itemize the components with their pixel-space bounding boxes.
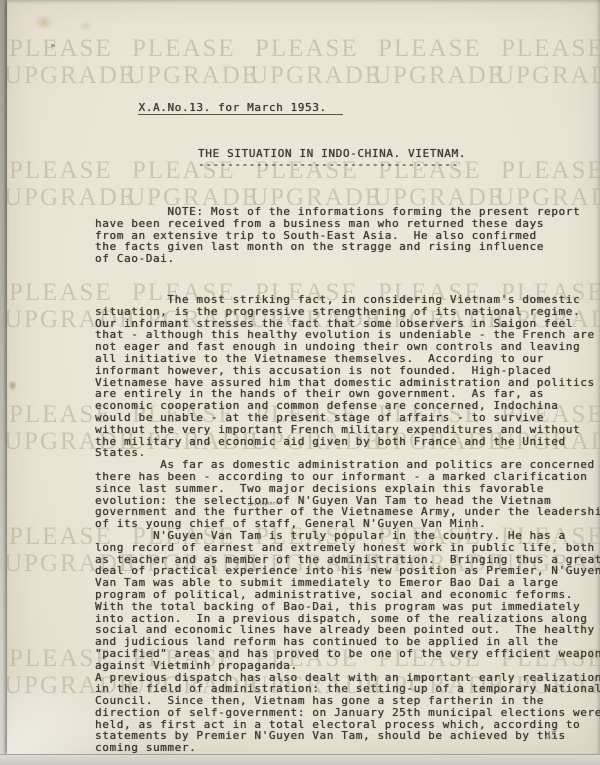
text-line: against Vietminh propaganda. [95, 660, 600, 672]
scan-bottom-edge [0, 754, 600, 765]
please-watermark: PLEASE [132, 36, 236, 61]
text-line: have been received from a business man w… [95, 218, 598, 230]
please-watermark: PLEASE [9, 36, 113, 61]
upgrade-watermark: UPGRADE [250, 63, 382, 88]
please-watermark: PLEASE [501, 158, 600, 183]
text-line: "pacified" areas and has proved to be on… [95, 648, 600, 660]
text-line: program of political, administrative, so… [95, 589, 600, 601]
upgrade-watermark: UPGRADE [7, 63, 136, 88]
document-title-block: THE SITUATION IN INDO-CHINA. VIETNAM. --… [198, 148, 466, 171]
please-watermark: PLEASE [378, 36, 482, 61]
text-line: coming summer. [95, 742, 600, 754]
text-line: direction of self-government: on January… [95, 707, 600, 719]
document-reference: X.A.No.13. for March 1953. [95, 90, 343, 126]
text-line: there has been - according to our inform… [95, 471, 600, 483]
body-text: The most striking fact, in considering V… [95, 294, 600, 754]
text-line: without the very important French milita… [95, 424, 600, 436]
text-line: since last summer. Two major decisions e… [95, 483, 600, 495]
document-page: PLEASEUPGRADEPLEASEUPGRADEPLEASEUPGRADEP… [7, 0, 600, 754]
text-line: of Cao-Dai. [95, 253, 598, 265]
text-line: long record of earnest and extremely hon… [95, 542, 600, 554]
please-watermark: PLEASE [501, 36, 600, 61]
text-line: N'Guyen Van Tam is truly popular in the … [95, 530, 600, 542]
text-line: all initiative to the Vietnamese themsel… [95, 353, 600, 365]
handwritten-page-number: 45 [544, 727, 558, 743]
text-line: With the total backing of Bao-Dai, this … [95, 601, 600, 613]
scan-left-edge [0, 0, 7, 765]
text-line: would be unable - at the present stage o… [95, 412, 600, 424]
reference-text: X.A.No.13. for March 1953. [138, 102, 342, 115]
scanned-document: PLEASEUPGRADEPLEASEUPGRADEPLEASEUPGRADEP… [0, 0, 600, 765]
text-line: informant however, this accusation is no… [95, 365, 600, 377]
text-line: situation, is the progressive strengthen… [95, 306, 600, 318]
upgrade-watermark: UPGRADE [496, 63, 600, 88]
note-paragraph: NOTE: Most of the informations forming t… [95, 206, 598, 265]
text-line: the military and economic aid given by b… [95, 436, 600, 448]
please-watermark: PLEASE [255, 36, 359, 61]
upgrade-watermark: UPGRADE [127, 63, 259, 88]
please-watermark: PLEASE [9, 158, 113, 183]
title-underline: ------------------------------------ [198, 159, 466, 171]
upgrade-watermark: UPGRADE [373, 63, 505, 88]
